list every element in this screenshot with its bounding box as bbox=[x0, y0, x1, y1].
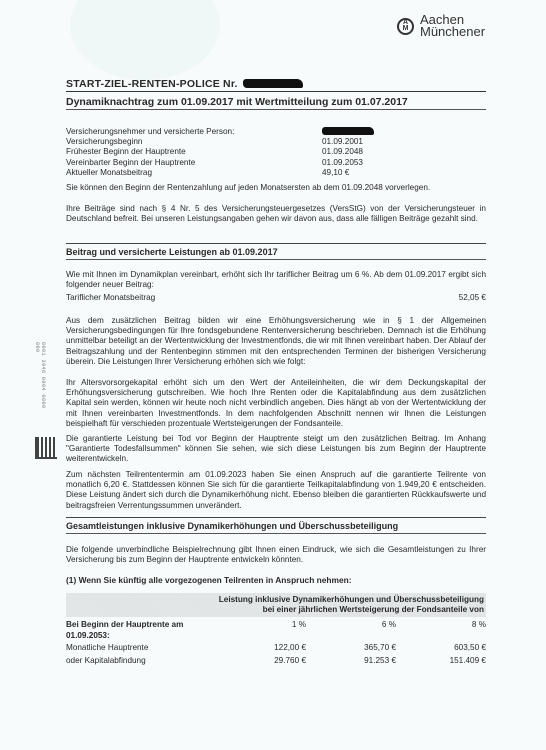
logo-wordmark: Aachen Münchener bbox=[420, 14, 485, 38]
table-column-header-row: Bei Beginn der Hauptrente am 01.09.2053:… bbox=[66, 620, 486, 641]
policy-details: Versicherungsnehmer und versicherte Pers… bbox=[66, 127, 486, 178]
column-header: 6 % bbox=[306, 620, 396, 641]
detail-value: 49,10 € bbox=[322, 168, 349, 178]
section1-paragraph-1: Wie mit Ihnen im Dynamikplan vereinbart,… bbox=[66, 270, 486, 290]
scenario-heading: (1) Wenn Sie künftig alle vorgezogenen T… bbox=[66, 575, 352, 585]
section1-paragraph-4: Die garantierte Leistung bei Tod vor Beg… bbox=[66, 434, 486, 465]
document-subtitle: Dynamiknachtrag zum 01.09.2017 mit Wertm… bbox=[66, 96, 486, 110]
intro-paragraph-2: Ihre Beiträge sind nach § 4 Nr. 5 des Ve… bbox=[66, 204, 486, 224]
detail-row: Versicherungsbeginn 01.09.2001 bbox=[66, 137, 486, 147]
redacted-name bbox=[322, 127, 374, 135]
table-row: Monatliche Hauptrente 122,00 € 365,70 € … bbox=[66, 643, 486, 654]
monthly-contribution-label: Tariflicher Monatsbeitrag bbox=[66, 293, 155, 303]
detail-label: Versicherungsbeginn bbox=[66, 137, 322, 147]
policy-title-text: START-ZIEL-RENTEN-POLICE Nr. bbox=[66, 78, 238, 90]
section1-paragraph-5: Zum nächsten Teilrententermin am 01.09.2… bbox=[66, 470, 486, 511]
cell-value: 603,50 € bbox=[396, 643, 486, 654]
section1-paragraph-2: Aus dem zusätzlichen Beitrag bilden wir … bbox=[66, 316, 486, 367]
cell-value: 91.253 € bbox=[306, 656, 396, 667]
column-header: 8 % bbox=[396, 620, 486, 641]
company-logo: A M Aachen Münchener bbox=[397, 14, 485, 38]
am-shield-logo-icon: A M bbox=[397, 18, 414, 35]
document-page: A M Aachen Münchener START-ZIEL-RENTEN-P… bbox=[0, 0, 546, 750]
table-header-line-2: bei einer jährlichen Wertsteigerung der … bbox=[66, 605, 484, 615]
cell-value: 151.409 € bbox=[396, 656, 486, 667]
detail-label: Vereinbarter Beginn der Hauptrente bbox=[66, 158, 322, 168]
logo-line-2: Münchener bbox=[420, 26, 485, 38]
redacted-policy-number bbox=[243, 79, 303, 88]
section-heading-contribution: Beitrag und versicherte Leistungen ab 01… bbox=[66, 243, 486, 260]
vertical-document-code: 0001 3946 0004 0000 000 bbox=[38, 342, 46, 422]
detail-label: Versicherungsnehmer und versicherte Pers… bbox=[66, 127, 322, 137]
detail-row-holder: Versicherungsnehmer und versicherte Pers… bbox=[66, 127, 486, 137]
detail-value: 01.09.2048 bbox=[322, 147, 363, 157]
intro-paragraph-1: Sie können den Beginn der Rentenzahlung … bbox=[66, 183, 486, 193]
row-label: Monatliche Hauptrente bbox=[66, 643, 216, 654]
table-row: oder Kapitalabfindung 29.760 € 91.253 € … bbox=[66, 656, 486, 667]
table-header: Leistung inklusive Dynamikerhöhungen und… bbox=[66, 593, 486, 617]
detail-value: 01.09.2053 bbox=[322, 158, 363, 168]
cell-value: 29.760 € bbox=[216, 656, 306, 667]
section2-paragraph-1: Die folgende unverbindliche Beispielrech… bbox=[66, 545, 486, 565]
monthly-contribution-row: Tariflicher Monatsbeitrag 52,05 € bbox=[66, 293, 486, 303]
detail-row: Vereinbarter Beginn der Hauptrente 01.09… bbox=[66, 158, 486, 168]
column-header: 1 % bbox=[216, 620, 306, 641]
datamatrix-barcode-icon bbox=[35, 437, 57, 459]
monthly-contribution-value: 52,05 € bbox=[459, 293, 486, 303]
background-watermark bbox=[70, 0, 220, 80]
benefits-table: Leistung inklusive Dynamikerhöhungen und… bbox=[66, 593, 486, 666]
cell-value: 122,00 € bbox=[216, 643, 306, 654]
row-header-label: Bei Beginn der Hauptrente am 01.09.2053: bbox=[66, 620, 216, 641]
table-header-line-1: Leistung inklusive Dynamikerhöhungen und… bbox=[66, 595, 484, 605]
cell-value: 365,70 € bbox=[306, 643, 396, 654]
section-heading-total-benefits: Gesamtleistungen inklusive Dynamikerhöhu… bbox=[66, 517, 486, 534]
policy-title: START-ZIEL-RENTEN-POLICE Nr. bbox=[66, 78, 486, 92]
detail-value: 01.09.2001 bbox=[322, 137, 363, 147]
detail-row: Aktueller Monatsbeitrag 49,10 € bbox=[66, 168, 486, 178]
detail-label: Frühester Beginn der Hauptrente bbox=[66, 147, 322, 157]
row-label: oder Kapitalabfindung bbox=[66, 656, 216, 667]
detail-label: Aktueller Monatsbeitrag bbox=[66, 168, 322, 178]
detail-row: Frühester Beginn der Hauptrente 01.09.20… bbox=[66, 147, 486, 157]
section1-paragraph-3: Ihr Altersvorsorgekapital erhöht sich um… bbox=[66, 378, 486, 429]
